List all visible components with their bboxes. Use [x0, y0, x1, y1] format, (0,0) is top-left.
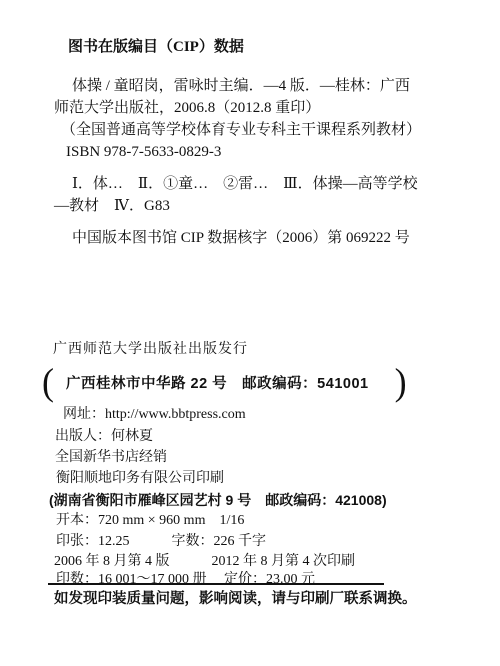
publisher-address-row: ( 广西桂林市中华路 22 号 邮政编码：541001 ) [42, 364, 407, 400]
cip-description-line2: 师范大学出版社，2006.8（2012.8 重印） [54, 99, 320, 117]
isbn: ISBN 978-7-5633-0829-3 [66, 143, 221, 161]
left-paren-glyph: ( [42, 363, 54, 401]
divider-rule [48, 583, 384, 585]
copies-price-line: 印数：16 001～17 000 册 定价：23.00 元 [56, 572, 315, 589]
classification-line2: —教材 Ⅳ．G83 [54, 197, 170, 215]
series-title: （全国普通高等学校体育专业专科主干课程系列教材） [61, 121, 421, 139]
edition-line: 2006 年 8 月第 4 版 2012 年 8 月第 4 次印刷 [54, 554, 355, 571]
right-paren-glyph: ) [395, 363, 407, 401]
cip-heading: 图书在版编目（CIP）数据 [68, 38, 244, 56]
website: 网址：http://www.bbtpress.com [63, 407, 246, 424]
publisher-address: 广西桂林市中华路 22 号 邮政编码：541001 [66, 372, 369, 393]
copyright-page: 图书在版编目（CIP）数据 体操 / 童昭岗，雷咏时主编．—4 版．—桂林：广西… [0, 0, 500, 666]
printer: 衡阳顺地印务有限公司印刷 [56, 471, 224, 488]
format-line: 开本：720 mm × 960 mm 1/16 [56, 513, 244, 530]
distributor: 全国新华书店经销 [55, 450, 167, 467]
quality-notice: 如发现印装质量问题，影响阅读，请与印刷厂联系调换。 [54, 591, 417, 608]
classification-line1: Ⅰ．体… Ⅱ．①童… ②雷… Ⅲ．体操—高等学校 [72, 175, 418, 193]
publisher-person: 出版人：何林夏 [55, 429, 153, 446]
cip-description-line1: 体操 / 童昭岗，雷咏时主编．—4 版．—桂林：广西 [72, 77, 410, 95]
cip-record-number: 中国版本图书馆 CIP 数据核字（2006）第 069222 号 [72, 229, 410, 247]
sheets-line: 印张：12.25 字数：226 千字 [56, 534, 266, 551]
printer-address: (湖南省衡阳市雁峰区园艺村 9 号 邮政编码：421008) [49, 492, 387, 509]
publisher-issuer: 广西师范大学出版社出版发行 [53, 342, 248, 359]
